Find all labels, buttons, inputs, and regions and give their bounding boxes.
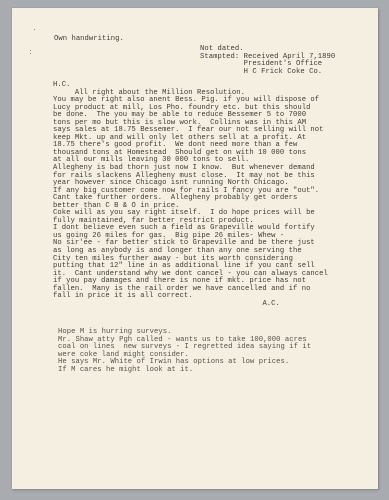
signature: A.C. (262, 300, 279, 308)
paper-speck (30, 53, 31, 54)
paper-speck (30, 50, 31, 51)
header-note: Own handwriting. (54, 36, 124, 44)
received-stamp: Not dated. Stampted: Received April 7,18… (200, 46, 335, 76)
stamp-line: H C Frick Coke Co. (200, 68, 322, 76)
postscript-line: If M cares he might look at it. (58, 366, 193, 374)
body-line: fall in price it is all correct. (53, 292, 193, 300)
letter-page: Own handwriting. Not dated. Stampted: Re… (12, 8, 378, 489)
postscript: Hope M is hurring surveys. Mr. Shaw atty… (58, 329, 311, 374)
paper-speck (34, 29, 35, 30)
letter-body: H.C. All right about the Million Resolut… (53, 82, 328, 308)
